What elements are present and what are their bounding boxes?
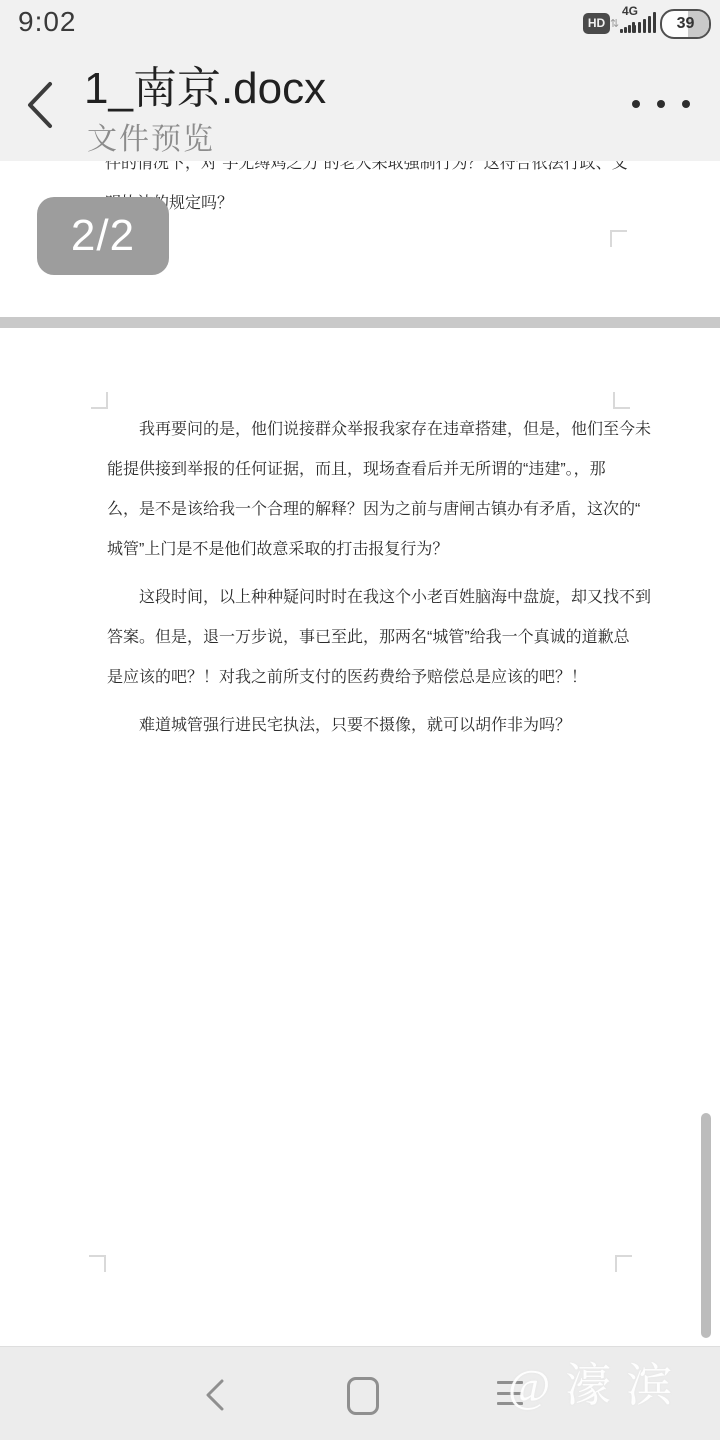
- signal-bars-sim1-icon: [633, 12, 658, 33]
- margin-corner-mark: [89, 1255, 106, 1272]
- document-line: 件的情况下，对“手无缚鸡之力”的老人采取强制行为？这符合依法行政、文: [105, 161, 645, 184]
- preview-header: 1_南京.docx 文件预览: [0, 48, 720, 161]
- page-separator: [0, 317, 720, 328]
- margin-corner-mark: [613, 392, 630, 409]
- document-page-2[interactable]: 我再要问的是，他们说接群众举报我家存在违章搭建，但是，他们至今未 能提供接到举报…: [0, 328, 720, 1346]
- margin-corner-mark: [615, 1255, 632, 1272]
- document-line: 城管”上门是不是他们故意采取的打击报复行为？: [107, 530, 627, 570]
- system-navbar: @濠滨: [0, 1346, 720, 1440]
- nav-back-icon: [200, 1377, 230, 1413]
- margin-corner-mark: [91, 392, 108, 409]
- document-line: 么，是不是该给我一个合理的解释？因为之前与唐闸古镇办有矛盾，这次的“: [107, 490, 627, 530]
- chevron-left-icon: [20, 78, 64, 132]
- more-menu-button[interactable]: [632, 90, 690, 118]
- page-indicator-badge: 2/2: [37, 197, 169, 275]
- file-title: 1_南京.docx: [84, 52, 326, 116]
- data-arrows-icon: ⇅: [610, 17, 617, 30]
- clock: 9:02: [18, 6, 77, 38]
- document-line: 明执法的规定吗？: [105, 184, 645, 224]
- document-line: 答案。但是，退一万步说，事已至此，那两名“城管”给我一个真诚的道歉总: [107, 618, 627, 658]
- dot-icon: [632, 100, 640, 108]
- back-button[interactable]: [20, 78, 64, 132]
- scrollbar-thumb[interactable]: [701, 1113, 711, 1338]
- document-line: 是应该的吧？！对我之前所支付的医药费给予赔偿总是应该的吧？！: [107, 658, 627, 698]
- nav-home-button[interactable]: [347, 1377, 379, 1415]
- document-line: 我再要问的是，他们说接群众举报我家存在违章搭建，但是，他们至今未: [107, 410, 627, 450]
- hd-volte-icon: HD: [583, 13, 610, 34]
- battery-percent: 39: [662, 11, 709, 37]
- document-line: 这段时间，以上种种疑问时时在我这个小老百姓脑海中盘旋，却又找不到: [107, 578, 627, 618]
- dot-icon: [682, 100, 690, 108]
- file-preview-screen: { "status_bar": { "time": "9:02", "hd_la…: [0, 0, 720, 1440]
- dot-icon: [657, 100, 665, 108]
- status-bar: 9:02 HD 4G ⇅ 39: [0, 0, 720, 48]
- page-1-text: 件的情况下，对“手无缚鸡之力”的老人采取强制行为？这符合依法行政、文 明执法的规…: [105, 161, 645, 224]
- document-line: 难道城管强行进民宅执法，只要不摄像，就可以胡作非为吗？: [107, 706, 627, 746]
- battery-icon: 39: [660, 9, 711, 39]
- document-line: 能提供接到举报的任何证据，而且，现场查看后并无所谓的“违建”。，那: [107, 450, 627, 490]
- preview-subtitle: 文件预览: [87, 114, 215, 158]
- margin-corner-mark: [610, 230, 627, 247]
- page-indicator-label: 2/2: [71, 211, 135, 261]
- watermark-text: @濠滨: [508, 1349, 687, 1415]
- page-2-text: 我再要问的是，他们说接群众举报我家存在违章搭建，但是，他们至今未 能提供接到举报…: [107, 410, 627, 746]
- nav-back-button[interactable]: [200, 1377, 230, 1413]
